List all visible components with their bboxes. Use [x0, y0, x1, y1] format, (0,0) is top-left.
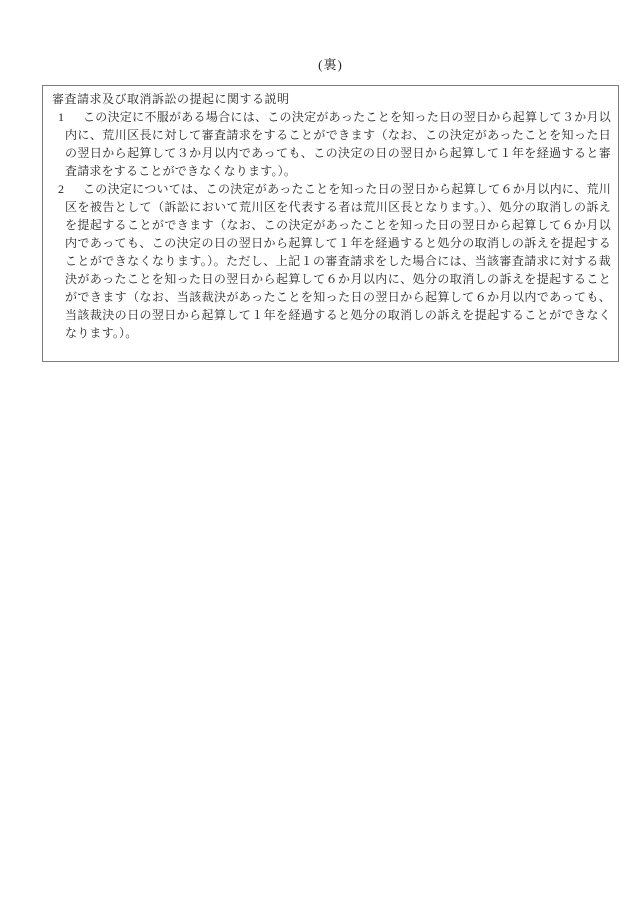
explanation-box: 審査請求及び取消訴訟の提起に関する説明 1 この決定に不服がある場合には、この決… [42, 85, 619, 362]
item-number: 1 [58, 108, 64, 126]
document-page: (裏) 審査請求及び取消訴訟の提起に関する説明 1 この決定に不服がある場合には… [0, 0, 630, 915]
item-number: 2 [58, 180, 64, 198]
list-item-2: 2 この決定については、この決定があったことを知った日の翌日から起算して６か月以… [52, 180, 611, 342]
item-text: この決定に不服がある場合には、この決定があったことを知った日の翌日から起算して３… [65, 110, 611, 178]
item-text: この決定については、この決定があったことを知った日の翌日から起算して６か月以内に… [65, 182, 611, 340]
page-side-label: (裏) [42, 56, 619, 74]
explanation-heading: 審査請求及び取消訴訟の提起に関する説明 [52, 90, 611, 108]
list-item-1: 1 この決定に不服がある場合には、この決定があったことを知った日の翌日から起算し… [52, 108, 611, 180]
